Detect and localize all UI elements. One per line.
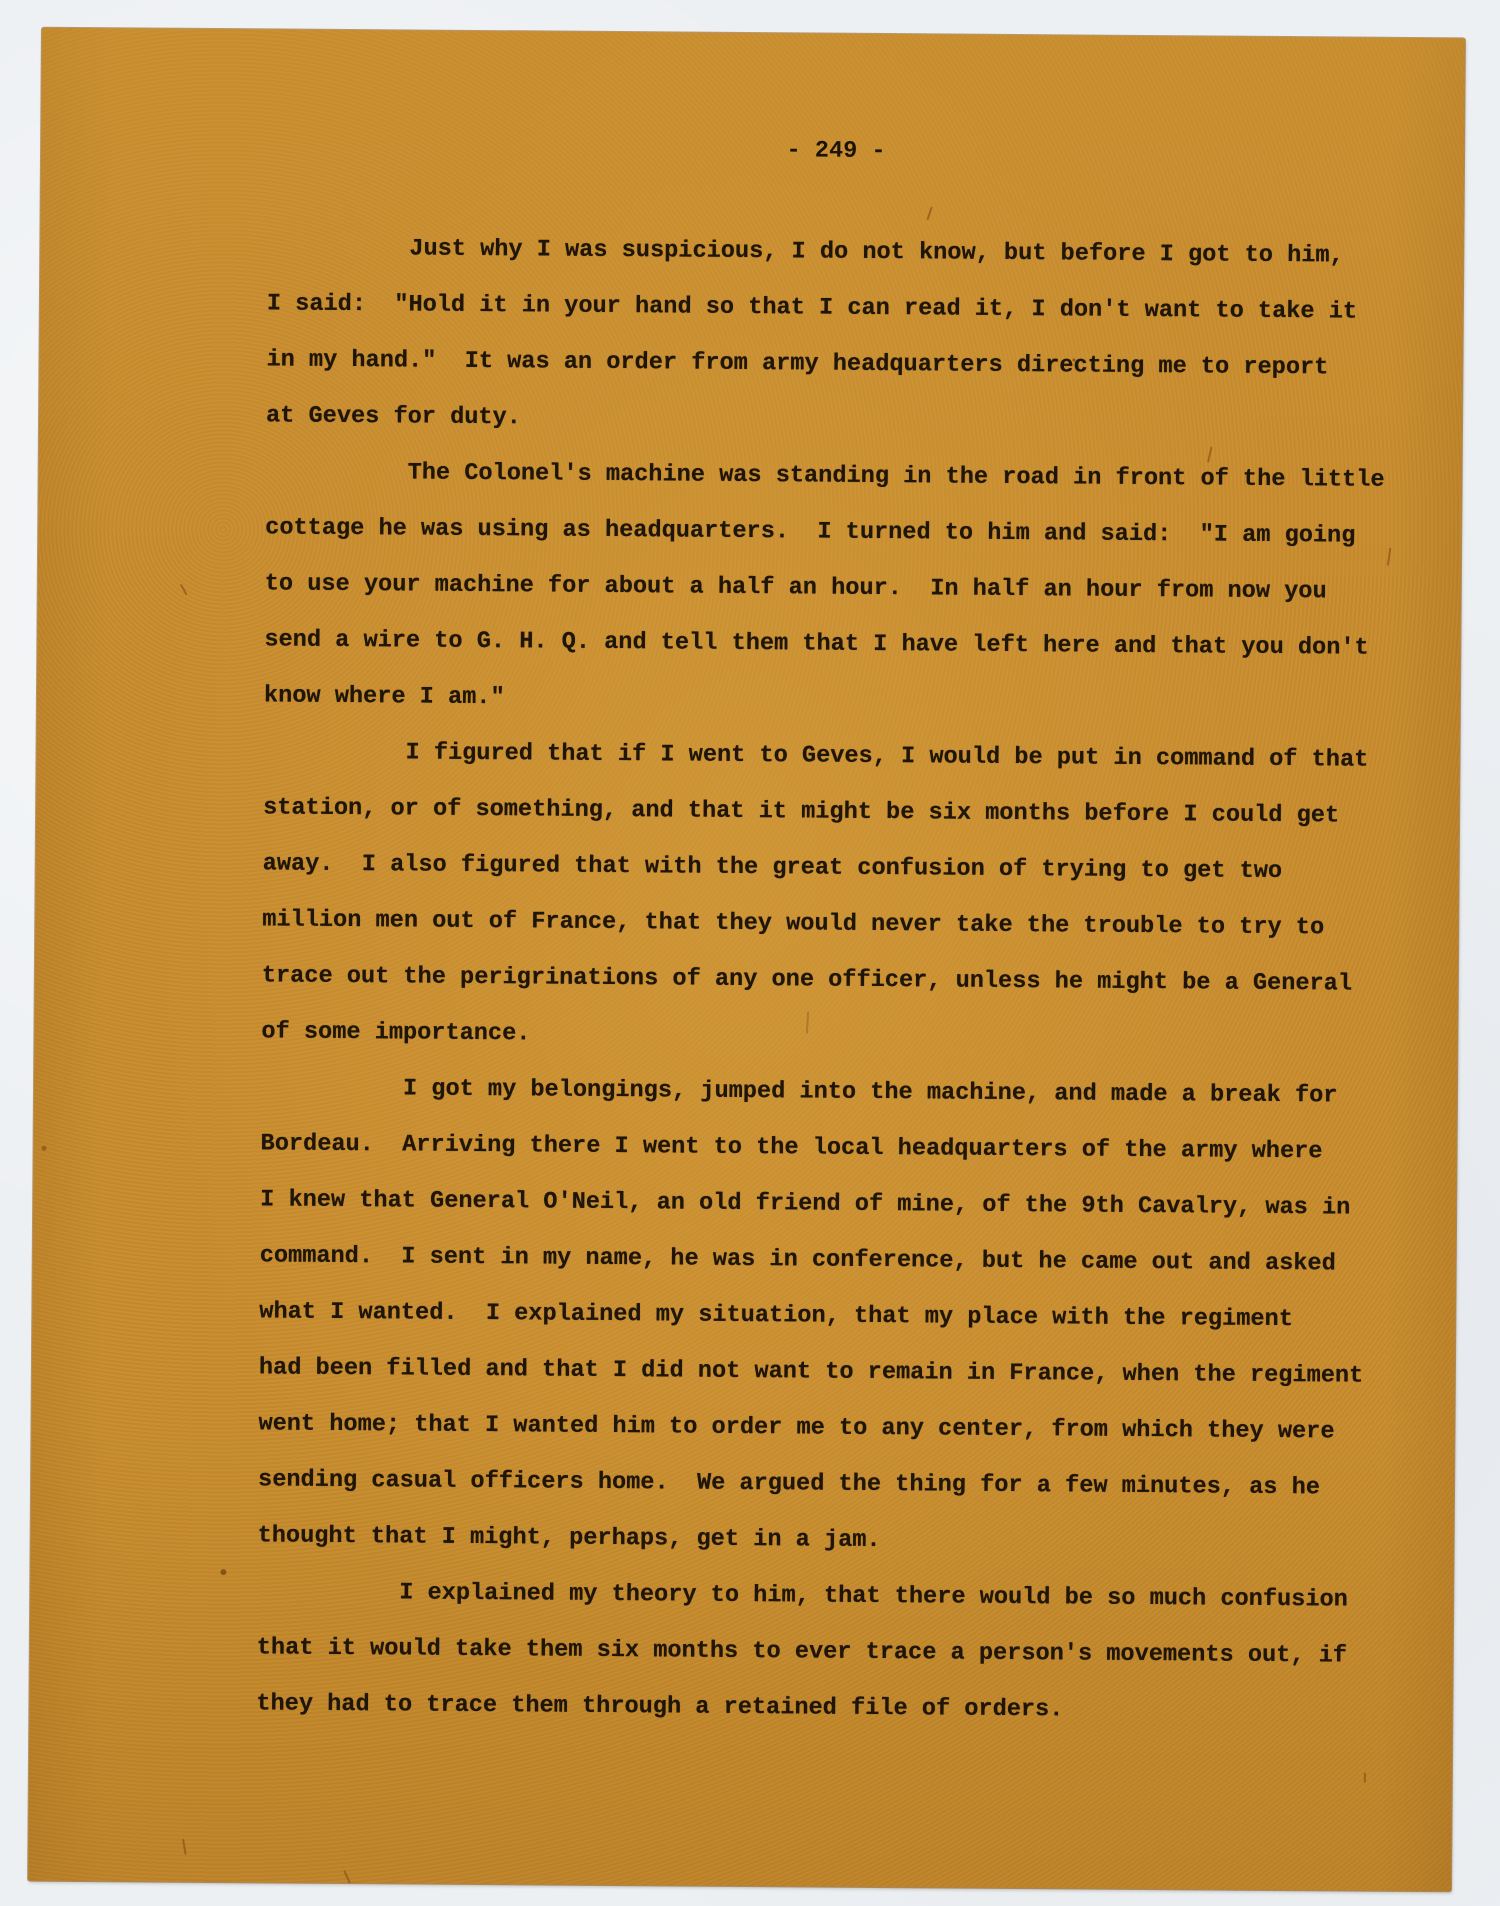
text-line: Just why I was suspicious, I do not know…	[267, 220, 1417, 285]
paragraph-1: Just why I was suspicious, I do not know…	[266, 220, 1418, 453]
paper-speck	[220, 1569, 226, 1575]
body-text: Just why I was suspicious, I do not know…	[256, 220, 1417, 1741]
text-line: trace out the perigrinations of any one …	[262, 948, 1412, 1013]
paper-fiber	[926, 206, 932, 220]
paper-fiber	[1364, 1773, 1366, 1783]
paper-fiber	[180, 584, 187, 595]
text-line: thought that I might, perhaps, get in a …	[257, 1508, 1407, 1573]
text-line: that it would take them six months to ev…	[257, 1620, 1407, 1685]
typewritten-page: - 249 - Just why I was suspicious, I do …	[28, 28, 1465, 1892]
text-line: million men out of France, that they wou…	[262, 892, 1412, 957]
paper-fiber	[343, 1870, 350, 1883]
text-line: in my hand." It was an order from army h…	[266, 332, 1416, 397]
paragraph-4: I got my belongings, jumped into the mac…	[257, 1060, 1411, 1573]
text-line: what I wanted. I explained my situation,…	[259, 1284, 1409, 1349]
text-line: know where I am."	[264, 668, 1414, 733]
text-line: send a wire to G. H. Q. and tell them th…	[264, 612, 1414, 677]
paper-speck	[42, 1146, 47, 1151]
text-line: Bordeau. Arriving there I went to the lo…	[260, 1116, 1410, 1181]
text-line: went home; that I wanted him to order me…	[258, 1396, 1408, 1461]
text-line: The Colonel's machine was standing in th…	[265, 444, 1415, 509]
paper-speck	[1072, 358, 1075, 361]
text-line: command. I sent in my name, he was in co…	[260, 1228, 1410, 1293]
text-line: I figured that if I went to Geves, I wou…	[263, 724, 1413, 789]
text-line: cottage he was using as headquarters. I …	[265, 500, 1415, 565]
paragraph-5: I explained my theory to him, that there…	[256, 1564, 1407, 1741]
text-line: sending casual officers home. We argued …	[258, 1452, 1408, 1517]
paper-fiber	[182, 1839, 186, 1855]
text-line: station, or of something, and that it mi…	[263, 780, 1413, 845]
text-line: to use your machine for about a half an …	[265, 556, 1415, 621]
page-number: - 249 -	[781, 137, 891, 165]
text-line: I knew that General O'Neil, an old frien…	[260, 1172, 1410, 1237]
text-line: at Geves for duty.	[266, 388, 1416, 453]
text-line: of some importance.	[261, 1004, 1411, 1069]
text-line: had been filled and that I did not want …	[259, 1340, 1409, 1405]
text-line: I said: "Hold it in your hand so that I …	[267, 276, 1417, 341]
paragraph-2: The Colonel's machine was standing in th…	[264, 444, 1416, 733]
text-line: I explained my theory to him, that there…	[257, 1564, 1407, 1629]
paragraph-3: I figured that if I went to Geves, I wou…	[261, 724, 1413, 1069]
text-line: away. I also figured that with the great…	[262, 836, 1412, 901]
text-line: they had to trace them through a retaine…	[256, 1676, 1406, 1741]
text-line: I got my belongings, jumped into the mac…	[261, 1060, 1411, 1125]
